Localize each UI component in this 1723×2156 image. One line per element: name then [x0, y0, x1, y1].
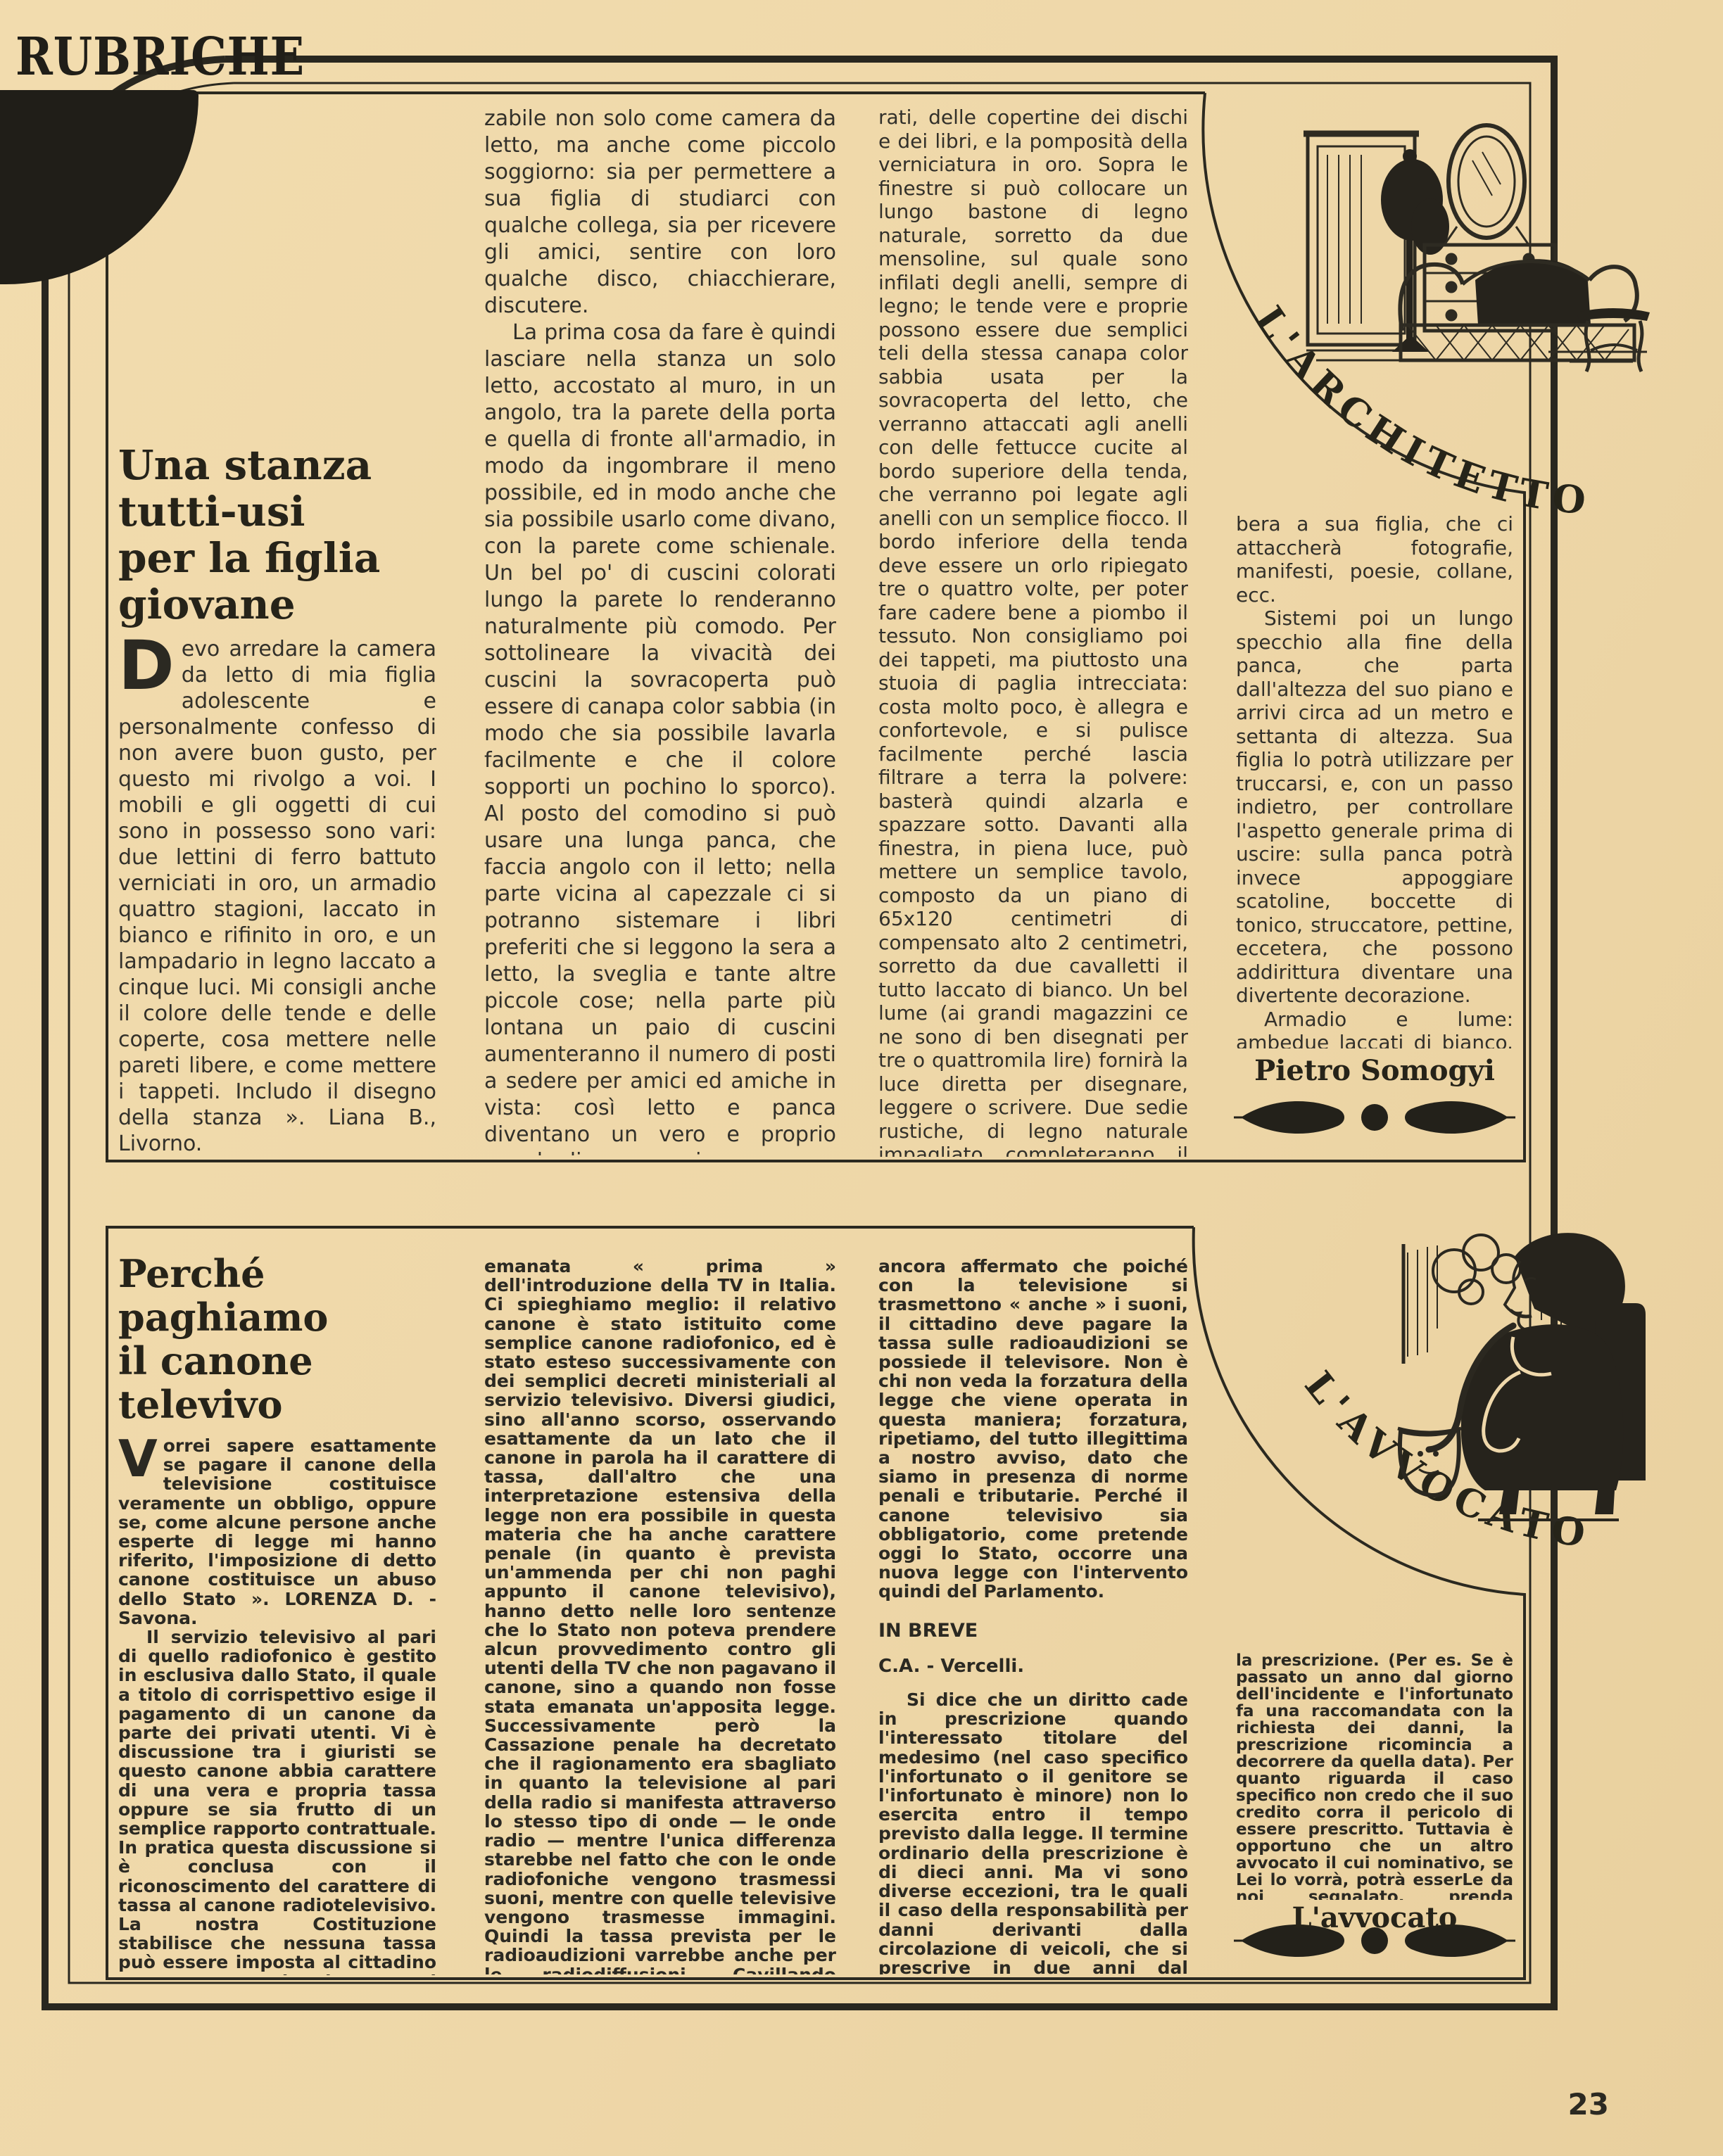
article1-signature: Pietro Somogyi	[1236, 1054, 1513, 1087]
paragraph: emanata « prima » dell'introduzione dell…	[484, 1257, 836, 1974]
article1-column-3: rati, delle copertine dei dischi e dei l…	[878, 106, 1188, 1157]
paragraph: La prima cosa da fare è quindi lasciare …	[484, 319, 836, 1155]
paragraph: rati, delle copertine dei dischi e dei l…	[878, 106, 1188, 1157]
paragraph: bera a sua figlia, che ci attaccherà fot…	[1236, 512, 1513, 607]
rubriche-kicker: RUBRICHE	[15, 27, 305, 87]
paragraph: la prescrizione. (Per es. Se è passato u…	[1236, 1652, 1513, 1900]
paragraph: Sistemi poi un lungo specchio alla fine …	[1236, 607, 1513, 1008]
dresser-icon	[1425, 245, 1555, 331]
article2-column-2: emanata « prima » dell'introduzione dell…	[484, 1257, 836, 1974]
bedroom-furniture-illustration	[1304, 125, 1650, 372]
article2-column-3-top: ancora affermato che poiché con la telev…	[878, 1257, 1188, 1602]
architetto-section-label: L'ARCHITETTO	[1247, 298, 1594, 524]
drop-cap: D	[118, 636, 182, 692]
paragraph: zabile non solo come camera da letto, ma…	[484, 106, 836, 319]
article1-title-line: Una stanza	[118, 442, 436, 488]
article2-title-line: Perché	[118, 1252, 436, 1295]
paragraph: Devo arredare la camera da letto di mia …	[118, 636, 436, 1154]
article2-title: Perchépaghiamoil canonetelevivo	[118, 1252, 436, 1426]
architetto-section-label-text: L'ARCHITETTO	[1247, 298, 1594, 524]
article1-divider-ornament	[1234, 1101, 1515, 1134]
paragraph: ancora affermato che poiché con la telev…	[878, 1257, 1188, 1602]
paragraph: Armadio e lume: ambedue laccati di bianc…	[1236, 1008, 1513, 1049]
lawyer-caricature-illustration	[1398, 1233, 1646, 1520]
article1-column-1: Una stanzatutti-usiper la figliagiovane …	[118, 442, 436, 1154]
wardrobe-icon	[1308, 135, 1415, 345]
pipe-bowl-icon	[1398, 1428, 1461, 1495]
article1-title-line: giovane	[118, 581, 436, 628]
in-breve-heading: IN BREVE	[878, 1621, 1188, 1640]
armchair-icon	[1589, 1303, 1646, 1480]
article1-column-4: bera a sua figlia, che ci attaccherà fot…	[1236, 512, 1513, 1048]
avvocato-section-label-text: L'AVVOCATO	[1296, 1363, 1594, 1556]
paragraph: Si dice che un diritto cade in prescrizi…	[878, 1690, 1188, 1974]
article1-column-1-body: Devo arredare la camera da letto di mia …	[118, 636, 436, 1154]
avvocato-section-label: L'AVVOCATO	[1296, 1363, 1594, 1556]
article2-signature: L'avvocato	[1236, 1901, 1513, 1934]
smoke-puffs-icon	[1433, 1235, 1520, 1304]
article1-title-line: per la figlia	[118, 535, 436, 581]
face-profile-icon	[1505, 1261, 1527, 1345]
drop-cap: V	[118, 1436, 163, 1478]
article2-column-1-body: Vorrei sapere esattamente se pagare il c…	[118, 1436, 436, 1975]
article1-title-line: tutti-usi	[118, 488, 436, 535]
nightcap-hair-icon	[1515, 1233, 1637, 1390]
article2-title-line: paghiamo	[118, 1295, 436, 1339]
article2-column-3-bottom: Si dice che un diritto cade in prescrizi…	[878, 1690, 1188, 1974]
magazine-page: { "page": { "kicker": "RUBRICHE", "page_…	[0, 0, 1723, 2156]
article2-column-3: ancora affermato che poiché con la telev…	[878, 1257, 1188, 1974]
article2-column-1: Perchépaghiamoil canonetelevivo Vorrei s…	[118, 1252, 436, 1975]
article2-column-4: la prescrizione. (Per es. Se è passato u…	[1236, 1652, 1513, 1900]
article2-title-line: il canone	[118, 1339, 436, 1383]
article2-title-line: televivo	[118, 1383, 436, 1426]
sofa-icon	[1400, 259, 1636, 360]
pipe-stem-icon	[1429, 1326, 1513, 1450]
paragraph: Il servizio televisivo al pari di quello…	[118, 1628, 436, 1975]
page-number: 23	[1546, 2087, 1609, 2122]
case-reference: C.A. - Vercelli.	[878, 1657, 1188, 1676]
article1-column-2: zabile non solo come camera da letto, ma…	[484, 106, 836, 1155]
mirror-icon	[1449, 125, 1525, 238]
side-table-icon	[1577, 308, 1650, 372]
corner-ink-blob	[0, 90, 198, 284]
paragraph: Vorrei sapere esattamente se pagare il c…	[118, 1436, 436, 1628]
coat-stand-icon	[1381, 149, 1449, 352]
article1-title: Una stanzatutti-usiper la figliagiovane	[118, 442, 436, 628]
robe-icon	[1461, 1324, 1624, 1490]
